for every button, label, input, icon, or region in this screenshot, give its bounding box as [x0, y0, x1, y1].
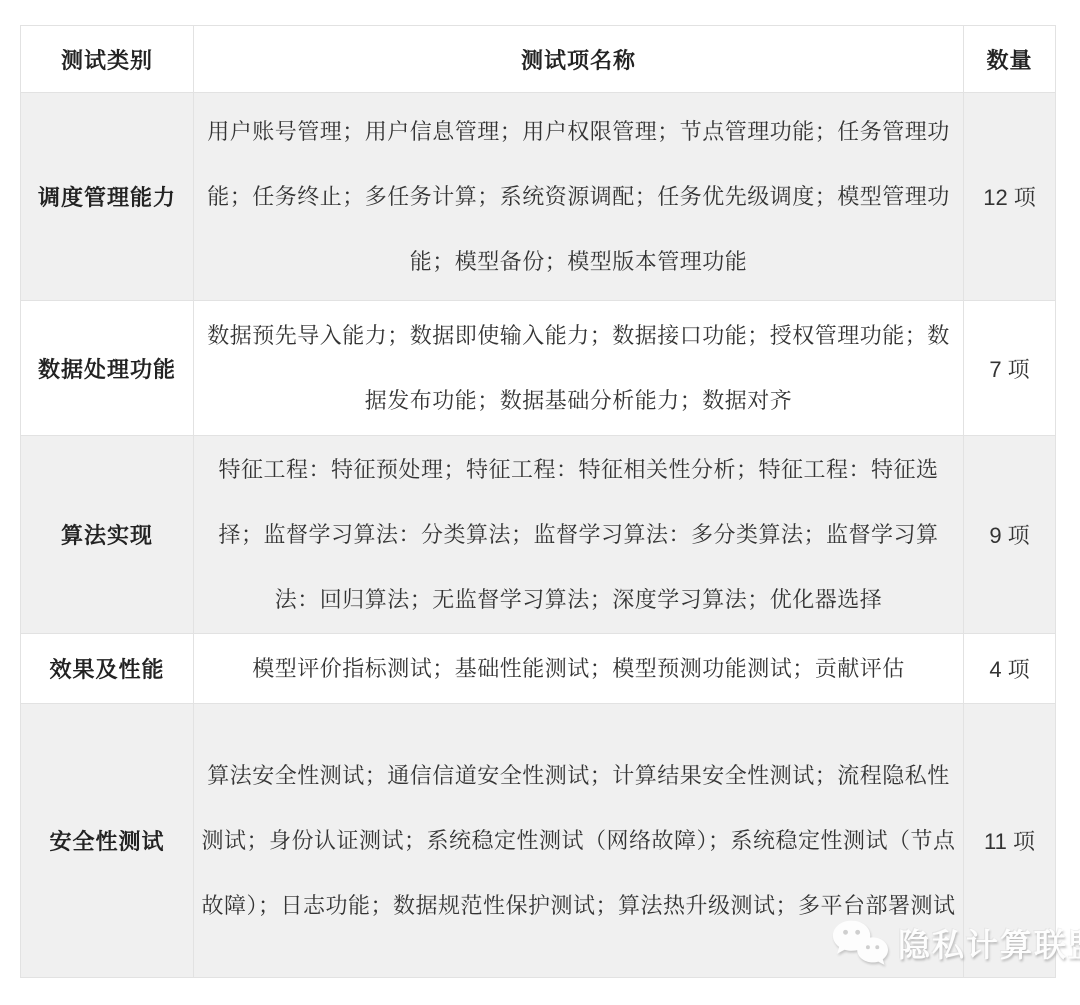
table-row: 调度管理能力 用户账号管理；用户信息管理；用户权限管理；节点管理功能；任务管理功…: [21, 93, 1056, 301]
count-cell: 12 项: [964, 93, 1056, 301]
items-cell: 算法安全性测试；通信信道安全性测试；计算结果安全性测试；流程隐私性测试；身份认证…: [194, 704, 964, 978]
header-cell-item-names: 测试项名称: [194, 26, 964, 93]
category-cell: 调度管理能力: [21, 93, 194, 301]
items-cell: 特征工程：特征预处理；特征工程：特征相关性分析；特征工程：特征选择；监督学习算法…: [194, 436, 964, 634]
count-cell: 9 项: [964, 436, 1056, 634]
table-row: 算法实现 特征工程：特征预处理；特征工程：特征相关性分析；特征工程：特征选择；监…: [21, 436, 1056, 634]
table-row: 数据处理功能 数据预先导入能力；数据即使输入能力；数据接口功能；授权管理功能；数…: [21, 301, 1056, 436]
header-cell-count: 数量: [964, 26, 1056, 93]
count-cell: 4 项: [964, 634, 1056, 704]
items-cell: 模型评价指标测试；基础性能测试；模型预测功能测试；贡献评估: [194, 634, 964, 704]
table-header-row: 测试类别 测试项名称 数量: [21, 26, 1056, 93]
category-cell: 安全性测试: [21, 704, 194, 978]
items-cell: 用户账号管理；用户信息管理；用户权限管理；节点管理功能；任务管理功能；任务终止；…: [194, 93, 964, 301]
table-row: 效果及性能 模型评价指标测试；基础性能测试；模型预测功能测试；贡献评估 4 项: [21, 634, 1056, 704]
items-cell: 数据预先导入能力；数据即使输入能力；数据接口功能；授权管理功能；数据发布功能；数…: [194, 301, 964, 436]
count-cell: 11 项: [964, 704, 1056, 978]
category-cell: 数据处理功能: [21, 301, 194, 436]
count-cell: 7 项: [964, 301, 1056, 436]
category-cell: 算法实现: [21, 436, 194, 634]
test-items-table: 测试类别 测试项名称 数量 调度管理能力 用户账号管理；用户信息管理；用户权限管…: [20, 25, 1056, 978]
test-items-table-container: 测试类别 测试项名称 数量 调度管理能力 用户账号管理；用户信息管理；用户权限管…: [20, 25, 1055, 978]
header-cell-category: 测试类别: [21, 26, 194, 93]
table-row: 安全性测试 算法安全性测试；通信信道安全性测试；计算结果安全性测试；流程隐私性测…: [21, 704, 1056, 978]
category-cell: 效果及性能: [21, 634, 194, 704]
